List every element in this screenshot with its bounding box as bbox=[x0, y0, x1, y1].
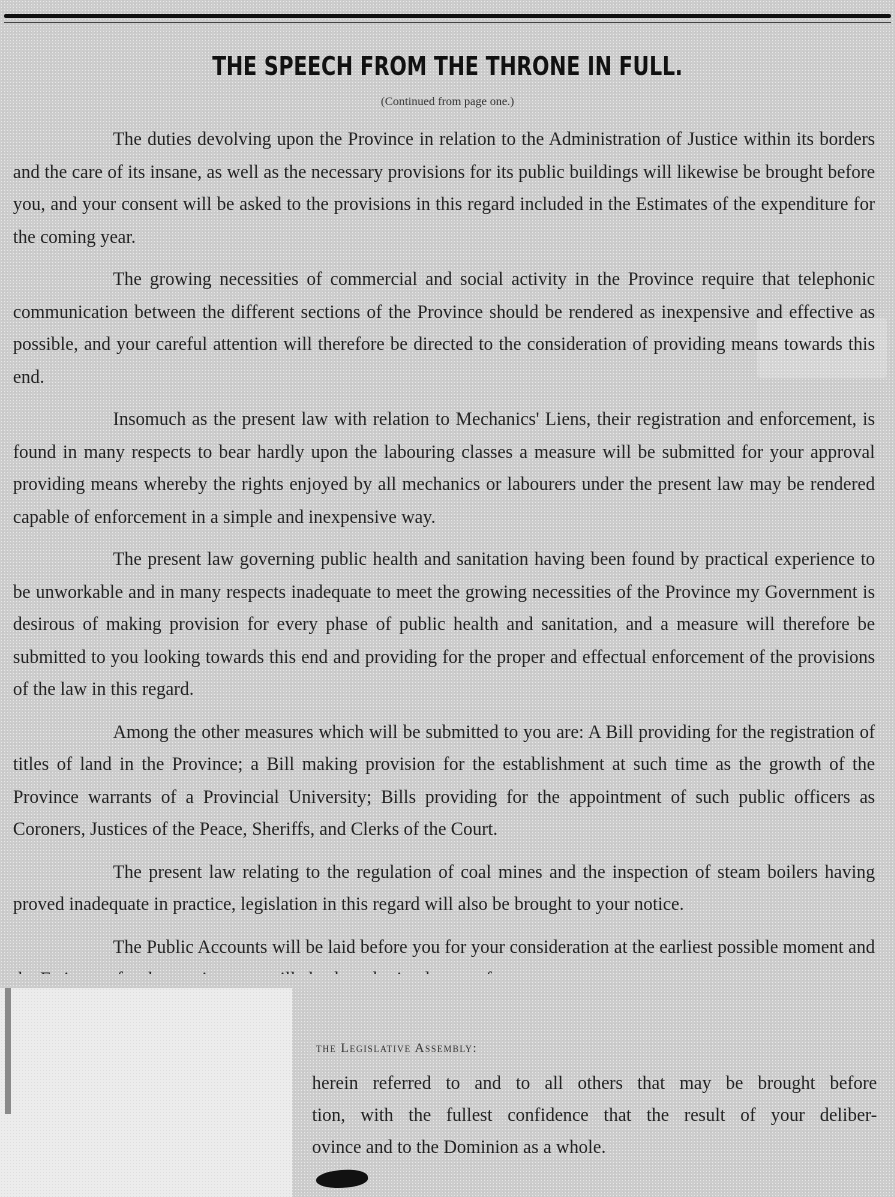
paragraph-public-health: The present law governing public health … bbox=[13, 544, 875, 707]
ink-smudge bbox=[315, 1167, 369, 1190]
paragraph-other-measures: Among the other measures which will be s… bbox=[13, 717, 875, 847]
paragraph-coal-mines: The present law relating to the regulati… bbox=[13, 857, 875, 922]
fragment-line: tion, with the fullest confidence that t… bbox=[312, 1100, 877, 1132]
paragraph-justice: The duties devolving upon the Province i… bbox=[13, 124, 875, 254]
fragment-line: ovince and to the Dominion as a whole. bbox=[312, 1132, 877, 1164]
continued-note: (Continued from page one.) bbox=[0, 94, 895, 109]
fragment-line: herein referred to and to all others tha… bbox=[312, 1068, 877, 1100]
patch-texture bbox=[0, 988, 292, 1197]
salutation: the Legislative Assembly: bbox=[316, 1040, 877, 1056]
paragraph-public-accounts: The Public Accounts will be laid before … bbox=[13, 932, 875, 974]
torn-paper-patch bbox=[0, 988, 292, 1197]
top-rule bbox=[4, 14, 891, 18]
article-body: The duties devolving upon the Province i… bbox=[13, 124, 875, 974]
top-rule-thin bbox=[4, 22, 891, 23]
paragraph-telephone: The growing necessities of commercial an… bbox=[13, 264, 875, 394]
headline: THE SPEECH FROM THE THRONE IN FULL. bbox=[98, 52, 796, 82]
closing-fragment: the Legislative Assembly: herein referre… bbox=[312, 1040, 877, 1164]
paragraph-mechanics-liens: Insomuch as the present law with relatio… bbox=[13, 404, 875, 534]
left-margin-bar bbox=[5, 988, 11, 1114]
